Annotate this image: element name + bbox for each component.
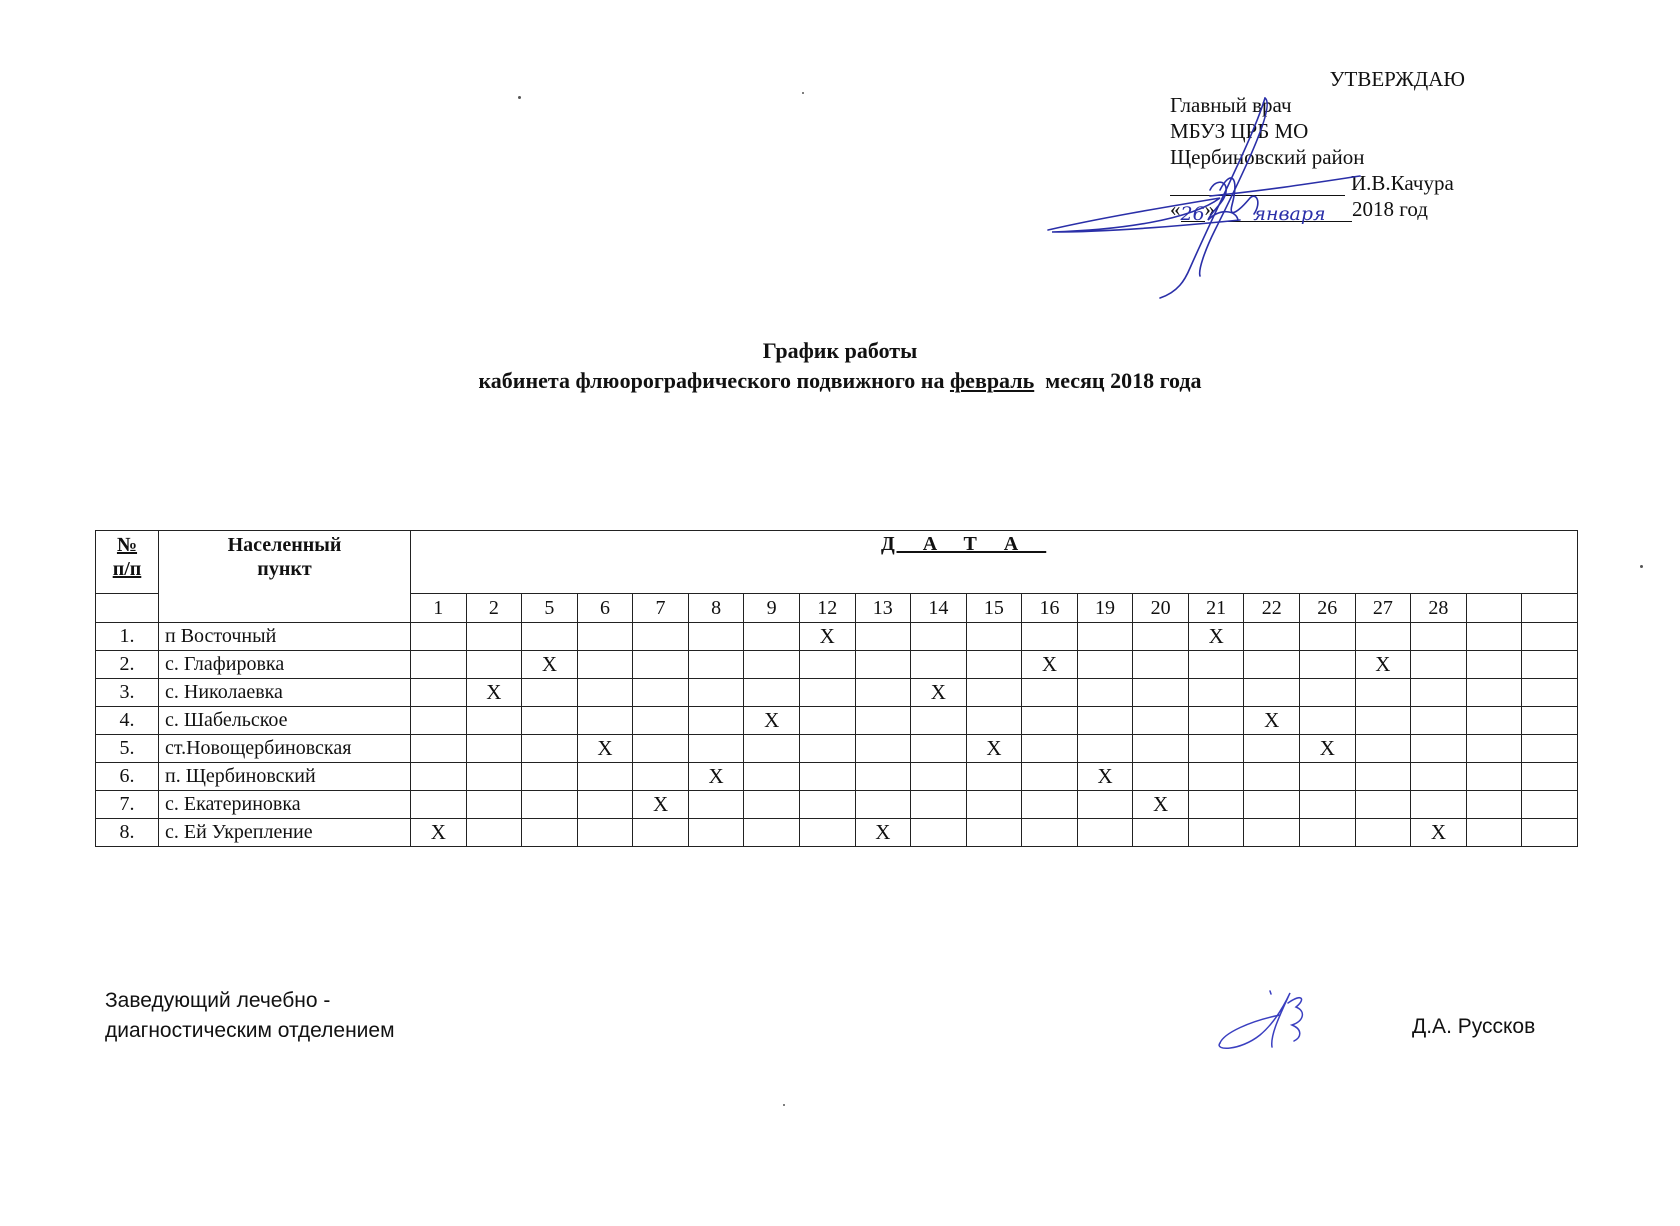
date-header-cell: 21 bbox=[1188, 594, 1244, 623]
visit-mark: X bbox=[986, 736, 1001, 760]
schedule-cell bbox=[411, 679, 467, 707]
schedule-cell bbox=[1022, 623, 1078, 651]
schedule-cell bbox=[1411, 707, 1467, 735]
row-place: с. Ей Укрепление bbox=[159, 819, 411, 847]
date-header-cell: 15 bbox=[966, 594, 1022, 623]
date-header-cell: 2 bbox=[466, 594, 522, 623]
table-row: 6.п. ЩербиновскийXX bbox=[96, 763, 1578, 791]
schedule-cell bbox=[1466, 763, 1522, 791]
schedule-body: 1.п ВосточныйXX2.с. ГлафировкаXXX3.с. Ни… bbox=[96, 623, 1578, 847]
row-number: 8. bbox=[96, 819, 159, 847]
schedule-cell bbox=[744, 623, 800, 651]
schedule-cell bbox=[1188, 763, 1244, 791]
schedule-cell bbox=[855, 735, 911, 763]
date-header-cell: 27 bbox=[1355, 594, 1411, 623]
schedule-cell bbox=[966, 651, 1022, 679]
title-prefix: кабинета флюорографического подвижного н… bbox=[478, 368, 944, 393]
schedule-cell bbox=[411, 707, 467, 735]
header-place: Населенный пункт bbox=[159, 531, 411, 623]
schedule-cell: X bbox=[577, 735, 633, 763]
date-header-cell bbox=[1466, 594, 1522, 623]
schedule-cell bbox=[1188, 679, 1244, 707]
schedule-cell bbox=[911, 623, 967, 651]
schedule-cell bbox=[1355, 623, 1411, 651]
date-header-cell: 20 bbox=[1133, 594, 1189, 623]
schedule-cell: X bbox=[1133, 791, 1189, 819]
schedule-cell bbox=[1411, 791, 1467, 819]
schedule-cell: X bbox=[1355, 651, 1411, 679]
schedule-cell bbox=[1244, 735, 1300, 763]
row-place: с. Шабельское bbox=[159, 707, 411, 735]
schedule-cell bbox=[577, 651, 633, 679]
visit-mark: X bbox=[1375, 652, 1390, 676]
schedule-cell bbox=[411, 763, 467, 791]
schedule-cell bbox=[1355, 679, 1411, 707]
schedule-cell bbox=[633, 819, 689, 847]
visit-mark: X bbox=[486, 680, 501, 704]
row-place: ст.Новощербиновская bbox=[159, 735, 411, 763]
schedule-cell: X bbox=[411, 819, 467, 847]
schedule-cell bbox=[466, 707, 522, 735]
schedule-cell bbox=[1466, 707, 1522, 735]
document-title: График работы кабинета флюорографическог… bbox=[0, 336, 1680, 396]
schedule-cell bbox=[1522, 735, 1578, 763]
row-number: 5. bbox=[96, 735, 159, 763]
visit-mark: X bbox=[542, 652, 557, 676]
scan-speck bbox=[802, 92, 804, 94]
schedule-cell: X bbox=[1244, 707, 1300, 735]
schedule-cell bbox=[1411, 651, 1467, 679]
header-number-empty bbox=[96, 594, 159, 623]
schedule-cell bbox=[688, 623, 744, 651]
footer-name: Д.А. Руссков bbox=[1412, 1015, 1535, 1039]
schedule-cell: X bbox=[1022, 651, 1078, 679]
table-row: 5.ст.НовощербиновскаяXXX bbox=[96, 735, 1578, 763]
schedule-cell bbox=[688, 651, 744, 679]
schedule-cell bbox=[799, 707, 855, 735]
schedule-cell bbox=[1077, 707, 1133, 735]
schedule-cell bbox=[1355, 819, 1411, 847]
schedule-cell bbox=[966, 819, 1022, 847]
schedule-cell bbox=[1188, 819, 1244, 847]
schedule-cell bbox=[522, 791, 578, 819]
row-number: 7. bbox=[96, 791, 159, 819]
schedule-cell bbox=[1077, 679, 1133, 707]
date-group-title: ДАТА bbox=[881, 533, 1046, 556]
date-header-cell: 9 bbox=[744, 594, 800, 623]
schedule-cell bbox=[1300, 623, 1356, 651]
schedule-cell bbox=[688, 707, 744, 735]
schedule-cell: X bbox=[911, 679, 967, 707]
schedule-cell bbox=[911, 707, 967, 735]
footer-position-line-1: Заведующий лечебно - bbox=[105, 986, 395, 1016]
schedule-cell: X bbox=[633, 791, 689, 819]
schedule-cell bbox=[522, 623, 578, 651]
date-header-cell bbox=[1522, 594, 1578, 623]
schedule-cell bbox=[633, 623, 689, 651]
schedule-cell bbox=[411, 735, 467, 763]
schedule-cell bbox=[577, 679, 633, 707]
date-header-cell: 12 bbox=[799, 594, 855, 623]
schedule-cell bbox=[855, 791, 911, 819]
schedule-cell bbox=[1022, 791, 1078, 819]
visit-mark: X bbox=[820, 624, 835, 648]
schedule-cell bbox=[633, 679, 689, 707]
schedule-cell bbox=[577, 819, 633, 847]
schedule-cell: X bbox=[1411, 819, 1467, 847]
schedule-cell bbox=[1300, 763, 1356, 791]
schedule-cell bbox=[1355, 763, 1411, 791]
schedule-cell bbox=[466, 735, 522, 763]
schedule-cell bbox=[1522, 623, 1578, 651]
schedule-cell bbox=[1077, 735, 1133, 763]
row-number: 4. bbox=[96, 707, 159, 735]
schedule-cell bbox=[1466, 791, 1522, 819]
date-header-cell: 6 bbox=[577, 594, 633, 623]
visit-mark: X bbox=[764, 708, 779, 732]
table-row: 1.п ВосточныйXX bbox=[96, 623, 1578, 651]
schedule-cell bbox=[688, 819, 744, 847]
visit-mark: X bbox=[597, 736, 612, 760]
row-place: с. Екатериновка bbox=[159, 791, 411, 819]
schedule-cell bbox=[799, 679, 855, 707]
schedule-cell bbox=[911, 735, 967, 763]
date-header-cell: 26 bbox=[1300, 594, 1356, 623]
schedule-cell bbox=[577, 623, 633, 651]
schedule-cell bbox=[1244, 679, 1300, 707]
schedule-cell bbox=[966, 763, 1022, 791]
schedule-cell bbox=[744, 679, 800, 707]
schedule-cell: X bbox=[799, 623, 855, 651]
schedule-cell: X bbox=[522, 651, 578, 679]
schedule-cell bbox=[1188, 791, 1244, 819]
visit-mark: X bbox=[1042, 652, 1057, 676]
schedule-cell bbox=[1077, 819, 1133, 847]
schedule-cell bbox=[1300, 819, 1356, 847]
title-line-1: График работы bbox=[0, 336, 1680, 366]
row-place: п Восточный bbox=[159, 623, 411, 651]
schedule-cell bbox=[744, 819, 800, 847]
schedule-cell bbox=[911, 763, 967, 791]
schedule-cell bbox=[744, 791, 800, 819]
signature-blank bbox=[1170, 175, 1345, 196]
visit-mark: X bbox=[875, 820, 890, 844]
schedule-cell bbox=[966, 707, 1022, 735]
visit-mark: X bbox=[931, 680, 946, 704]
schedule-cell bbox=[466, 791, 522, 819]
scan-speck bbox=[783, 1104, 785, 1106]
schedule-cell bbox=[411, 651, 467, 679]
visit-mark: X bbox=[709, 764, 724, 788]
date-header-cell: 14 bbox=[911, 594, 967, 623]
schedule-cell bbox=[1411, 679, 1467, 707]
footer-position: Заведующий лечебно - диагностическим отд… bbox=[105, 986, 395, 1046]
schedule-cell bbox=[855, 623, 911, 651]
schedule-cell bbox=[466, 763, 522, 791]
schedule-cell bbox=[1466, 623, 1522, 651]
visit-mark: X bbox=[653, 792, 668, 816]
schedule-cell bbox=[633, 735, 689, 763]
title-month: февраль bbox=[950, 368, 1034, 393]
schedule-cell bbox=[1411, 623, 1467, 651]
date-open-quote: « bbox=[1170, 196, 1181, 222]
table-row: 4.с. ШабельскоеXX bbox=[96, 707, 1578, 735]
schedule-cell bbox=[688, 735, 744, 763]
scan-speck bbox=[518, 96, 521, 99]
schedule-cell bbox=[966, 679, 1022, 707]
schedule-cell bbox=[522, 679, 578, 707]
schedule-cell bbox=[911, 791, 967, 819]
approval-date-line: « 26 » января 2018 год bbox=[1170, 196, 1470, 222]
schedule-cell bbox=[633, 707, 689, 735]
schedule-cell bbox=[966, 623, 1022, 651]
schedule-cell bbox=[1300, 707, 1356, 735]
schedule-cell bbox=[522, 819, 578, 847]
schedule-cell bbox=[1244, 623, 1300, 651]
schedule-cell bbox=[1466, 735, 1522, 763]
schedule-cell bbox=[577, 763, 633, 791]
schedule-cell bbox=[1077, 791, 1133, 819]
row-place: с. Николаевка bbox=[159, 679, 411, 707]
schedule-cell bbox=[466, 623, 522, 651]
title-suffix: месяц 2018 года bbox=[1045, 368, 1201, 393]
schedule-cell bbox=[1522, 651, 1578, 679]
schedule-cell bbox=[1522, 819, 1578, 847]
row-place: п. Щербиновский bbox=[159, 763, 411, 791]
approval-line-district: Щербиновский район bbox=[1170, 144, 1470, 170]
date-header-cell: 1 bbox=[411, 594, 467, 623]
approval-block: УТВЕРЖДАЮ Главный врач МБУЗ ЦРБ МО Щерби… bbox=[1170, 66, 1470, 222]
schedule-cell bbox=[522, 707, 578, 735]
schedule-cell: X bbox=[855, 819, 911, 847]
schedule-cell bbox=[1188, 735, 1244, 763]
schedule-cell bbox=[1022, 763, 1078, 791]
schedule-cell: X bbox=[1188, 623, 1244, 651]
scan-speck bbox=[1640, 565, 1643, 568]
schedule-cell bbox=[1466, 679, 1522, 707]
schedule-cell bbox=[688, 791, 744, 819]
schedule-cell bbox=[855, 763, 911, 791]
schedule-cell bbox=[411, 791, 467, 819]
schedule-cell bbox=[1244, 791, 1300, 819]
schedule-cell bbox=[688, 679, 744, 707]
schedule-cell bbox=[1355, 707, 1411, 735]
schedule-cell bbox=[577, 707, 633, 735]
schedule-cell bbox=[633, 763, 689, 791]
schedule-cell bbox=[744, 735, 800, 763]
schedule-cell bbox=[1300, 791, 1356, 819]
date-header-cell: 16 bbox=[1022, 594, 1078, 623]
schedule-cell bbox=[1300, 651, 1356, 679]
schedule-cell bbox=[1244, 651, 1300, 679]
schedule-cell bbox=[855, 651, 911, 679]
visit-mark: X bbox=[1320, 736, 1335, 760]
schedule-cell bbox=[966, 791, 1022, 819]
approval-line-position: Главный врач bbox=[1170, 92, 1470, 118]
row-number: 3. bbox=[96, 679, 159, 707]
schedule-cell bbox=[633, 651, 689, 679]
schedule-cell bbox=[411, 623, 467, 651]
date-day: 26 bbox=[1181, 201, 1205, 222]
schedule-cell bbox=[1077, 623, 1133, 651]
schedule-cell bbox=[522, 735, 578, 763]
schedule-cell bbox=[1022, 707, 1078, 735]
visit-mark: X bbox=[1209, 624, 1224, 648]
schedule-cell bbox=[1411, 763, 1467, 791]
schedule-cell bbox=[1355, 735, 1411, 763]
schedule-cell bbox=[1133, 623, 1189, 651]
schedule-cell bbox=[522, 763, 578, 791]
schedule-cell bbox=[1466, 651, 1522, 679]
schedule-cell bbox=[744, 651, 800, 679]
schedule-cell bbox=[744, 763, 800, 791]
schedule-cell bbox=[1244, 819, 1300, 847]
date-close-quote: » bbox=[1205, 196, 1216, 222]
schedule-cell bbox=[1133, 735, 1189, 763]
schedule-cell bbox=[799, 651, 855, 679]
title-line-2: кабинета флюорографического подвижного н… bbox=[0, 366, 1680, 396]
table-row: 3.с. НиколаевкаXX bbox=[96, 679, 1578, 707]
date-header-cell: 5 bbox=[522, 594, 578, 623]
schedule-cell bbox=[1133, 651, 1189, 679]
schedule-cell: X bbox=[966, 735, 1022, 763]
approval-signatory: И.В.Качура bbox=[1351, 170, 1454, 196]
schedule-cell bbox=[577, 791, 633, 819]
header-date-group: ДАТА bbox=[411, 531, 1578, 594]
row-number: 2. bbox=[96, 651, 159, 679]
schedule-cell bbox=[1355, 791, 1411, 819]
row-place: с. Глафировка bbox=[159, 651, 411, 679]
schedule-cell: X bbox=[688, 763, 744, 791]
schedule-cell bbox=[1188, 651, 1244, 679]
schedule-cell bbox=[1522, 707, 1578, 735]
schedule-cell bbox=[1188, 707, 1244, 735]
approval-line-organization: МБУЗ ЦРБ МО bbox=[1170, 118, 1470, 144]
date-header-cell: 22 bbox=[1244, 594, 1300, 623]
schedule-cell bbox=[799, 735, 855, 763]
table-row: 2.с. ГлафировкаXXX bbox=[96, 651, 1578, 679]
schedule-cell bbox=[466, 651, 522, 679]
schedule-cell bbox=[911, 651, 967, 679]
header-row: № п/п Населенный пункт ДАТА bbox=[96, 531, 1578, 594]
schedule-cell bbox=[1244, 763, 1300, 791]
date-header-cell: 13 bbox=[855, 594, 911, 623]
approval-heading: УТВЕРЖДАЮ bbox=[1170, 66, 1470, 92]
visit-mark: X bbox=[1097, 764, 1112, 788]
visit-mark: X bbox=[431, 820, 446, 844]
schedule-cell bbox=[466, 819, 522, 847]
schedule-cell bbox=[799, 791, 855, 819]
approval-signature-line: И.В.Качура bbox=[1170, 170, 1470, 196]
schedule-cell bbox=[1133, 707, 1189, 735]
schedule-cell: X bbox=[466, 679, 522, 707]
schedule-cell: X bbox=[1077, 763, 1133, 791]
date-year: 2018 год bbox=[1352, 196, 1428, 222]
table-row: 7.с. ЕкатериновкаXX bbox=[96, 791, 1578, 819]
schedule-cell bbox=[1133, 819, 1189, 847]
schedule-cell bbox=[1022, 735, 1078, 763]
schedule-cell bbox=[1300, 679, 1356, 707]
date-header-cell: 8 bbox=[688, 594, 744, 623]
date-header-cell: 7 bbox=[633, 594, 689, 623]
schedule-cell bbox=[1022, 679, 1078, 707]
schedule-cell bbox=[855, 707, 911, 735]
row-number: 1. bbox=[96, 623, 159, 651]
date-header-cell: 28 bbox=[1411, 594, 1467, 623]
schedule-cell bbox=[1522, 763, 1578, 791]
schedule-cell: X bbox=[744, 707, 800, 735]
row-number: 6. bbox=[96, 763, 159, 791]
schedule-cell bbox=[1522, 679, 1578, 707]
schedule-cell: X bbox=[1300, 735, 1356, 763]
schedule-cell bbox=[1411, 735, 1467, 763]
schedule-cell bbox=[1022, 819, 1078, 847]
header-number: № п/п bbox=[96, 531, 159, 594]
schedule-cell bbox=[1133, 763, 1189, 791]
footer-signature-icon bbox=[1210, 985, 1340, 1055]
date-header-cell: 19 bbox=[1077, 594, 1133, 623]
schedule-cell bbox=[855, 679, 911, 707]
footer-position-line-2: диагностическим отделением bbox=[105, 1016, 395, 1046]
schedule-cell bbox=[911, 819, 967, 847]
schedule-cell bbox=[799, 763, 855, 791]
schedule-cell bbox=[1133, 679, 1189, 707]
schedule-cell bbox=[1077, 651, 1133, 679]
visit-mark: X bbox=[1431, 820, 1446, 844]
visit-mark: X bbox=[1264, 708, 1279, 732]
schedule-cell bbox=[799, 819, 855, 847]
date-month: января bbox=[1227, 201, 1352, 222]
visit-mark: X bbox=[1153, 792, 1168, 816]
table-row: 8.с. Ей УкреплениеXXX bbox=[96, 819, 1578, 847]
schedule-cell bbox=[1466, 819, 1522, 847]
schedule-table: № п/п Населенный пункт ДАТА 125678912131… bbox=[95, 530, 1578, 847]
schedule-cell bbox=[1522, 791, 1578, 819]
